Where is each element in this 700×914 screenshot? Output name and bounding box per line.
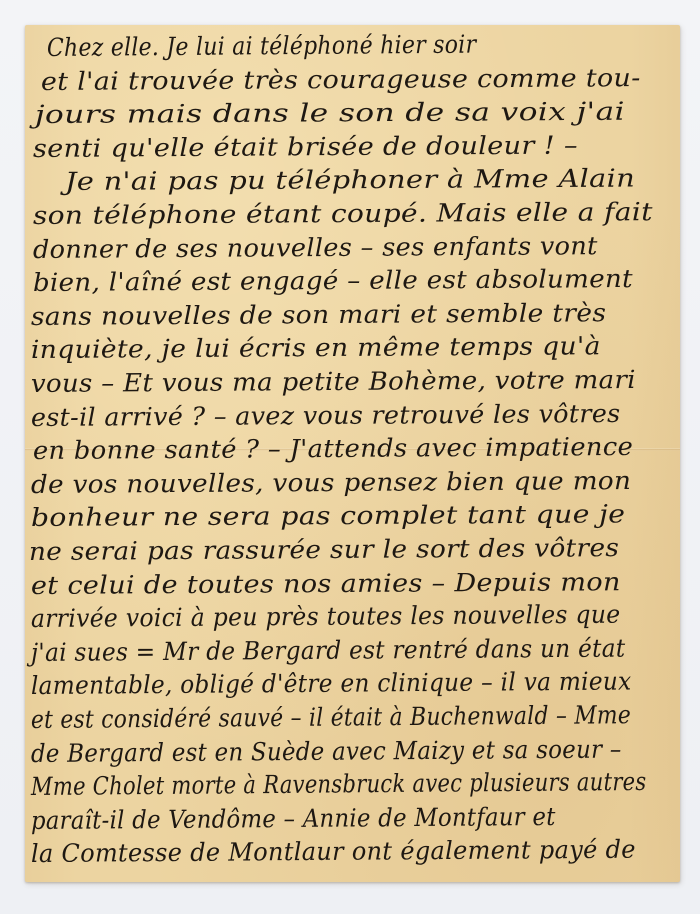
letter-line: son téléphone étant coupé. Mais elle a f… <box>33 197 653 230</box>
letter-line: bien, l'aîné est engagé – elle est absol… <box>33 264 633 297</box>
letter-line: de vos nouvelles, vous pensez bien que m… <box>31 466 632 499</box>
letter-line: la Comtesse de Montlaur ont également pa… <box>31 835 636 868</box>
letter-line: Chez elle. Je lui ai téléphoné hier soir <box>47 30 425 62</box>
letter-line: Je n'ai pas pu téléphoner à Mme Alain <box>65 164 635 196</box>
letter-line: sans nouvelles de son mari et semble trè… <box>31 298 607 331</box>
letter-line: lamentable, obligé d'être en clinique – … <box>31 667 632 701</box>
letter-line: bonheur ne sera pas complet tant que je <box>31 500 626 533</box>
letter-line: en bonne santé ? – J'attends avec impati… <box>33 432 633 465</box>
handwritten-text: Chez elle. Je lui ai téléphoné hier soir… <box>25 25 680 882</box>
letter-line: et l'ai trouvée très courageuse comme to… <box>41 63 641 96</box>
letter-line: ne serai pas rassurée sur le sort des vô… <box>29 533 619 566</box>
letter-line: et est considéré sauvé – il était à Buch… <box>31 700 631 734</box>
letter-line: de Bergard est en Suède avec Maizy et sa… <box>31 734 622 768</box>
scanned-page: Chez elle. Je lui ai téléphoné hier soir… <box>0 0 700 914</box>
letter-line: senti qu'elle était brisée de douleur ! … <box>33 130 578 163</box>
letter-line: paraît-il de Vendôme – Annie de Montfaur… <box>31 802 556 835</box>
letter-line: j'ai sues = Mr de Bergard est rentré dan… <box>31 633 626 666</box>
letter-paper: Chez elle. Je lui ai téléphoné hier soir… <box>25 25 680 882</box>
letter-line: jours mais dans le son de sa voix j'ai <box>35 97 625 129</box>
letter-line: est-il arrivé ? – avez vous retrouvé les… <box>31 399 621 432</box>
letter-line: vous – Et vous ma petite Bohème, votre m… <box>31 365 636 398</box>
letter-line: inquiète, je lui écris en même temps qu'… <box>31 332 601 365</box>
letter-line: et celui de toutes nos amies – Depuis mo… <box>31 567 621 600</box>
letter-line: donner de ses nouvelles – ses enfants vo… <box>33 231 598 264</box>
letter-line: Mme Cholet morte à Ravensbruck avec plus… <box>31 767 647 801</box>
letter-line: arrivée voici à peu près toutes les nouv… <box>31 600 621 633</box>
